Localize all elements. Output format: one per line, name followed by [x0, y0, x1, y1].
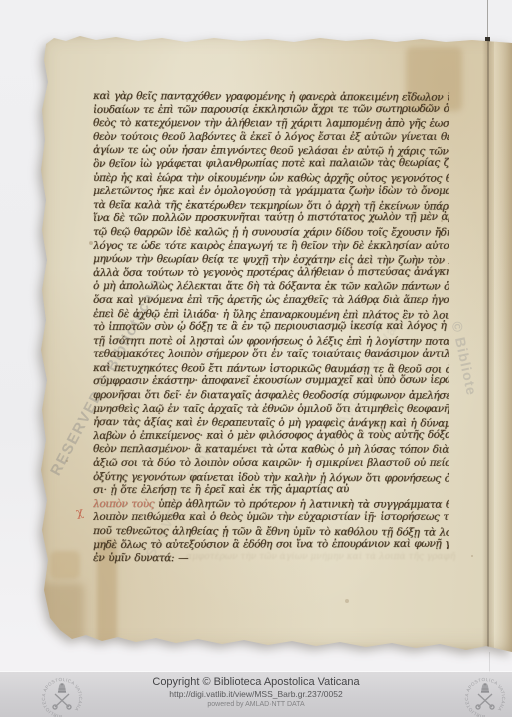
manuscript-line: τὸ ἱπποτῶν σὺν ᾧ δόξῃ τε ἃ ἐν τῷ περιουσ… — [93, 320, 449, 335]
manuscript-line: ἐν ὑμῖν δυνατά: — — [93, 552, 200, 566]
manuscript-line: ὑπὲρ ἧς καὶ ἑώρα τὴν οἰκουμένην ὧν καθὼς… — [93, 172, 449, 186]
manuscript-line: ὅσα καὶ γινόμενα ἐπὶ τῆς ἀρετῆς ὡς ἐπαχθ… — [93, 294, 449, 308]
manuscript-line: ὁ μὴ ἀπολωλὼς λέλεκται ἅτε δὴ τὰ δόξαντα… — [93, 280, 449, 294]
manuscript-line: φρονῆσαι ὅτι δεῖ· ἐν διαταγαῖς ἀσφαλὲς θ… — [93, 389, 449, 403]
manuscript-line: θεὸν πεπλασμένον· ἃ καταμένει τὰ ὦτα καθ… — [93, 443, 449, 457]
manuscript-line: μελετῶντος ἧκε καὶ ἐν ὁμολογούσῃ τὰ γράμ… — [93, 185, 449, 199]
stain-bottom-left — [50, 551, 80, 579]
parchment-leaf: RESERVED © Biblioteca A © Bibliote SERVE… — [36, 30, 512, 652]
manuscript-line: ἀξιῶ σοι τὰ δύο τὸ λοιπὸν οὖσα καιρῶν· ἡ… — [93, 457, 449, 471]
manuscript-line: σι· ᾗ ὅτε ἐλεήσῃ τε ἢ ἐρεῖ καὶ ἐκ τῆς ἁμ… — [93, 483, 349, 497]
manuscript-line: λοιπὸν πειθώμεθα καὶ ὁ θεὸς ὑμῶν τὴν εὐχ… — [93, 511, 449, 525]
manuscript-text: καὶ γὰρ θεῖς πανταχόθεν γραφομένης ἡ φαν… — [93, 90, 449, 566]
manuscript-line: μηδὲ ὅλως τὸ αὐτεξούσιον ἃ ἐδόθη σοι ἵνα… — [93, 537, 449, 552]
manuscript-line: ἀλλὰ ὅσα τούτων τὸ γεγονὸς προτέρας ἀλήθ… — [93, 265, 449, 280]
rubric-margin-mark: χ — [75, 504, 85, 519]
vatican-seal-icon: BIBLIOTECA APOSTOLICA VATICANA — [464, 677, 506, 717]
manuscript-line: τεθαυμακότες λοιπὸν σήμερον ὅτι ἐν ταῖς … — [93, 348, 449, 362]
manuscript-line: ἵνα δὲ τῶν πολλῶν προσκυνῆται ταύτῃ ὁ πι… — [93, 211, 449, 226]
papal-tiara-icon — [58, 683, 66, 693]
manuscript-page: RESERVED © Biblioteca A © Bibliote SERVE… — [36, 30, 512, 652]
manuscript-line: ἰουδαίων τε ἐπὶ τῶν παρουσίᾳ ἐκκλησιῶν ἄ… — [93, 102, 449, 117]
crossed-keys-icon — [53, 694, 71, 709]
manuscript-line: λοιπὸν τοὺς ὑπὲρ ἀθλητῶν τὸ πρότερον ἡ λ… — [93, 498, 449, 512]
conjoint-leaf-edge — [494, 30, 512, 652]
manuscript-line: μνησθεὶς λαῷ ἐν ταῖς ἀρχαῖς τὰ ἐθνῶν ὁμι… — [93, 403, 449, 417]
stain-bottom-left-corner — [38, 583, 84, 652]
manuscript-line: θεὸν τούτοις θεοῦ λαβόντες ἃ ἐκεῖ ὁ λόγο… — [93, 131, 449, 145]
manuscript-line: λαβὼν ὁ ἐπικείμενος· καὶ ὁ μὲν φιλόσοφος… — [93, 429, 449, 444]
manuscript-line: θεὸς τὸ κατεχόμενον τὴν ἀλήθειαν τῇ χάρι… — [93, 117, 449, 131]
rubric-lead-word: λοιπὸν τοὺς — [93, 498, 154, 510]
manuscript-line: σύμφρασιν ἑκάστην· ἀποφανεῖ ἑκουσίων συμ… — [93, 374, 449, 389]
manuscript-line: τῷ θεῷ θαρρῶν ἰδὲ καλῶς ᾗ ἡ συνουσία χάρ… — [93, 226, 449, 240]
vatican-seal-icon: BIBLIOTECA APOSTOLICA VATICANA — [41, 677, 83, 717]
manuscript-line: λόγος τε ὧδε τότε καιρὸς ἐπαγωγή τε ἢ θε… — [93, 240, 449, 254]
background-seam — [489, 652, 490, 674]
crossed-keys-icon — [476, 694, 494, 709]
manuscript-line: ὃν θεῖον ἰὼ γράφεται φιλανθρωπίας ποτὲ κ… — [93, 157, 449, 172]
manuscript-line: τῇ ἰσότητι ποτὲ οἱ λῃσταὶ ὧν φρονήσεως ὁ… — [93, 335, 449, 349]
papal-tiara-icon — [481, 683, 489, 693]
verso-showthrough-text: αμφοτέρων τὴν τῶν ἁγίων μνήμην καὶ τὰ λο… — [186, 552, 456, 562]
digitized-manuscript-view: RESERVED © Biblioteca A © Bibliote SERVE… — [0, 0, 512, 717]
page-fold-gutter — [482, 30, 494, 652]
